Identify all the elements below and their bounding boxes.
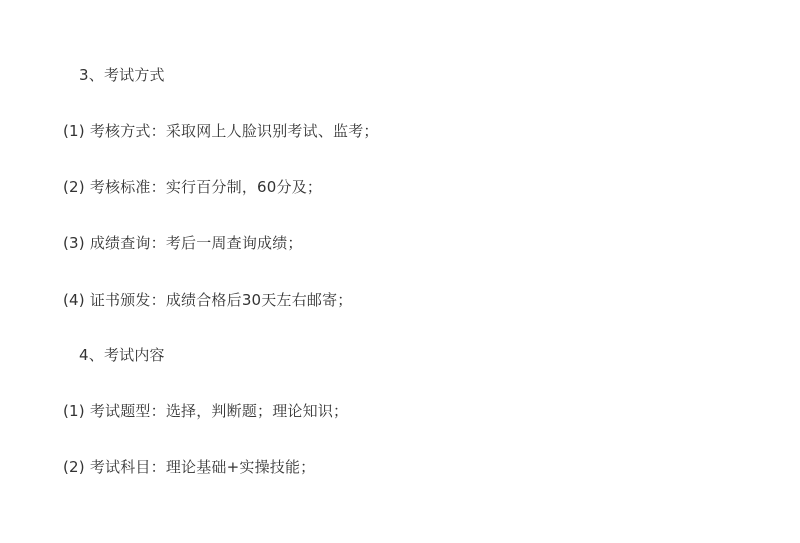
- list-item: (2) 考试科目：理论基础+实操技能；: [63, 457, 315, 477]
- list-item: (1) 考核方式：采取网上人脸识别考试、监考；: [63, 121, 379, 141]
- list-item: (1) 考试题型：选择，判断题；理论知识；: [63, 401, 348, 421]
- list-item: (4) 证书颁发：成绩合格后30天左右邮寄；: [63, 290, 353, 310]
- section-heading-exam-content: 4、考试内容: [79, 345, 165, 365]
- list-item: (3) 成绩查询：考后一周查询成绩；: [63, 233, 303, 253]
- list-item: (2) 考核标准：实行百分制，60分及；: [63, 177, 322, 197]
- section-heading-exam-method: 3、考试方式: [79, 65, 165, 85]
